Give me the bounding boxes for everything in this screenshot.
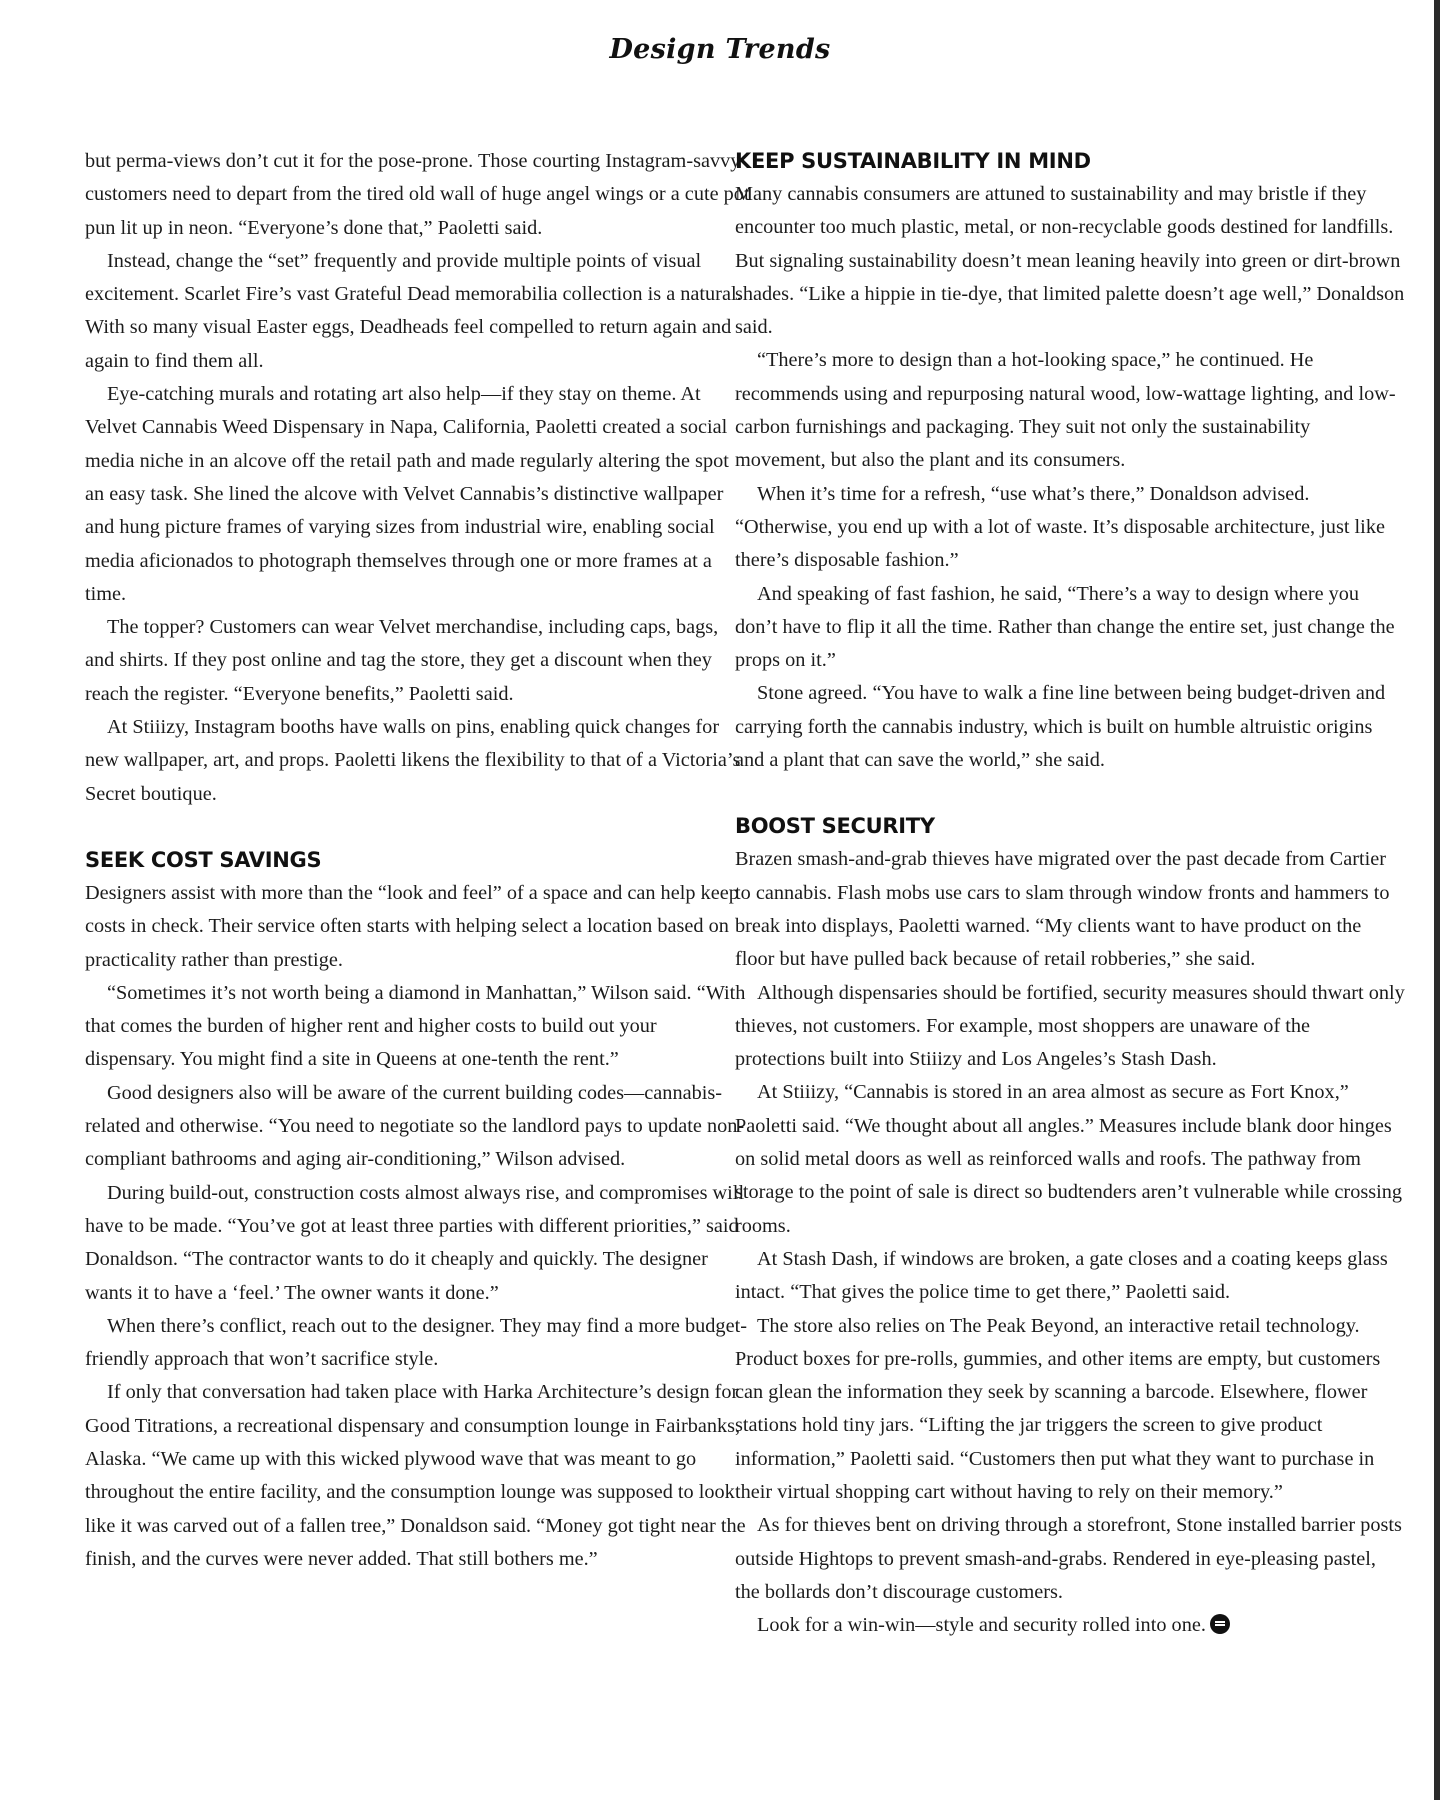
body-paragraph: Good designers also will be aware of the… <box>85 1077 750 1177</box>
body-paragraph: Instead, change the “set” frequently and… <box>85 245 750 378</box>
body-paragraph: And speaking of fast fashion, he said, “… <box>735 578 1405 678</box>
body-paragraph: The topper? Customers can wear Velvet me… <box>85 611 750 711</box>
body-paragraph: “Sometimes it’s not worth being a diamon… <box>85 977 750 1077</box>
body-paragraph: When there’s conflict, reach out to the … <box>85 1310 750 1377</box>
right-column: Keep Sustainability in Mind Many cannabi… <box>735 145 1405 1642</box>
page-edge-border <box>1434 0 1440 1800</box>
body-paragraph: At Stiiizy, “Cannabis is stored in an ar… <box>735 1076 1405 1242</box>
body-paragraph: but perma-views don’t cut it for the pos… <box>85 145 750 245</box>
body-paragraph: Although dispensaries should be fortifie… <box>735 977 1405 1077</box>
body-paragraph: Eye-catching murals and rotating art als… <box>85 378 750 611</box>
body-paragraph: When it’s time for a refresh, “use what’… <box>735 478 1405 578</box>
body-paragraph: Stone agreed. “You have to walk a fine l… <box>735 677 1405 777</box>
body-paragraph: At Stash Dash, if windows are broken, a … <box>735 1243 1405 1310</box>
section-spacer <box>735 777 1405 810</box>
body-paragraph: Many cannabis consumers are attuned to s… <box>735 178 1405 344</box>
section-heading-cost-savings: Seek Cost Savings <box>85 844 750 877</box>
closing-text: Look for a win-win—style and security ro… <box>757 1614 1206 1636</box>
body-paragraph: At Stiiizy, Instagram booths have walls … <box>85 711 750 811</box>
section-spacer <box>85 811 750 844</box>
magazine-page: Design Trends but perma-views don’t cut … <box>0 0 1434 1800</box>
section-heading-sustainability: Keep Sustainability in Mind <box>735 145 1405 178</box>
body-paragraph: During build-out, construction costs alm… <box>85 1177 750 1310</box>
closing-paragraph: Look for a win-win—style and security ro… <box>735 1609 1405 1642</box>
running-head: Design Trends <box>0 34 1440 65</box>
body-paragraph: The store also relies on The Peak Beyond… <box>735 1310 1405 1510</box>
body-paragraph: Brazen smash-and-grab thieves have migra… <box>735 843 1405 976</box>
section-heading-security: Boost Security <box>735 810 1405 843</box>
left-column: but perma-views don’t cut it for the pos… <box>85 145 750 1576</box>
body-paragraph: Designers assist with more than the “loo… <box>85 877 750 977</box>
body-paragraph: “There’s more to design than a hot-looki… <box>735 344 1405 477</box>
body-paragraph: If only that conversation had taken plac… <box>85 1376 750 1576</box>
body-paragraph: As for thieves bent on driving through a… <box>735 1509 1405 1609</box>
magazine-end-mark-icon <box>1210 1614 1230 1634</box>
